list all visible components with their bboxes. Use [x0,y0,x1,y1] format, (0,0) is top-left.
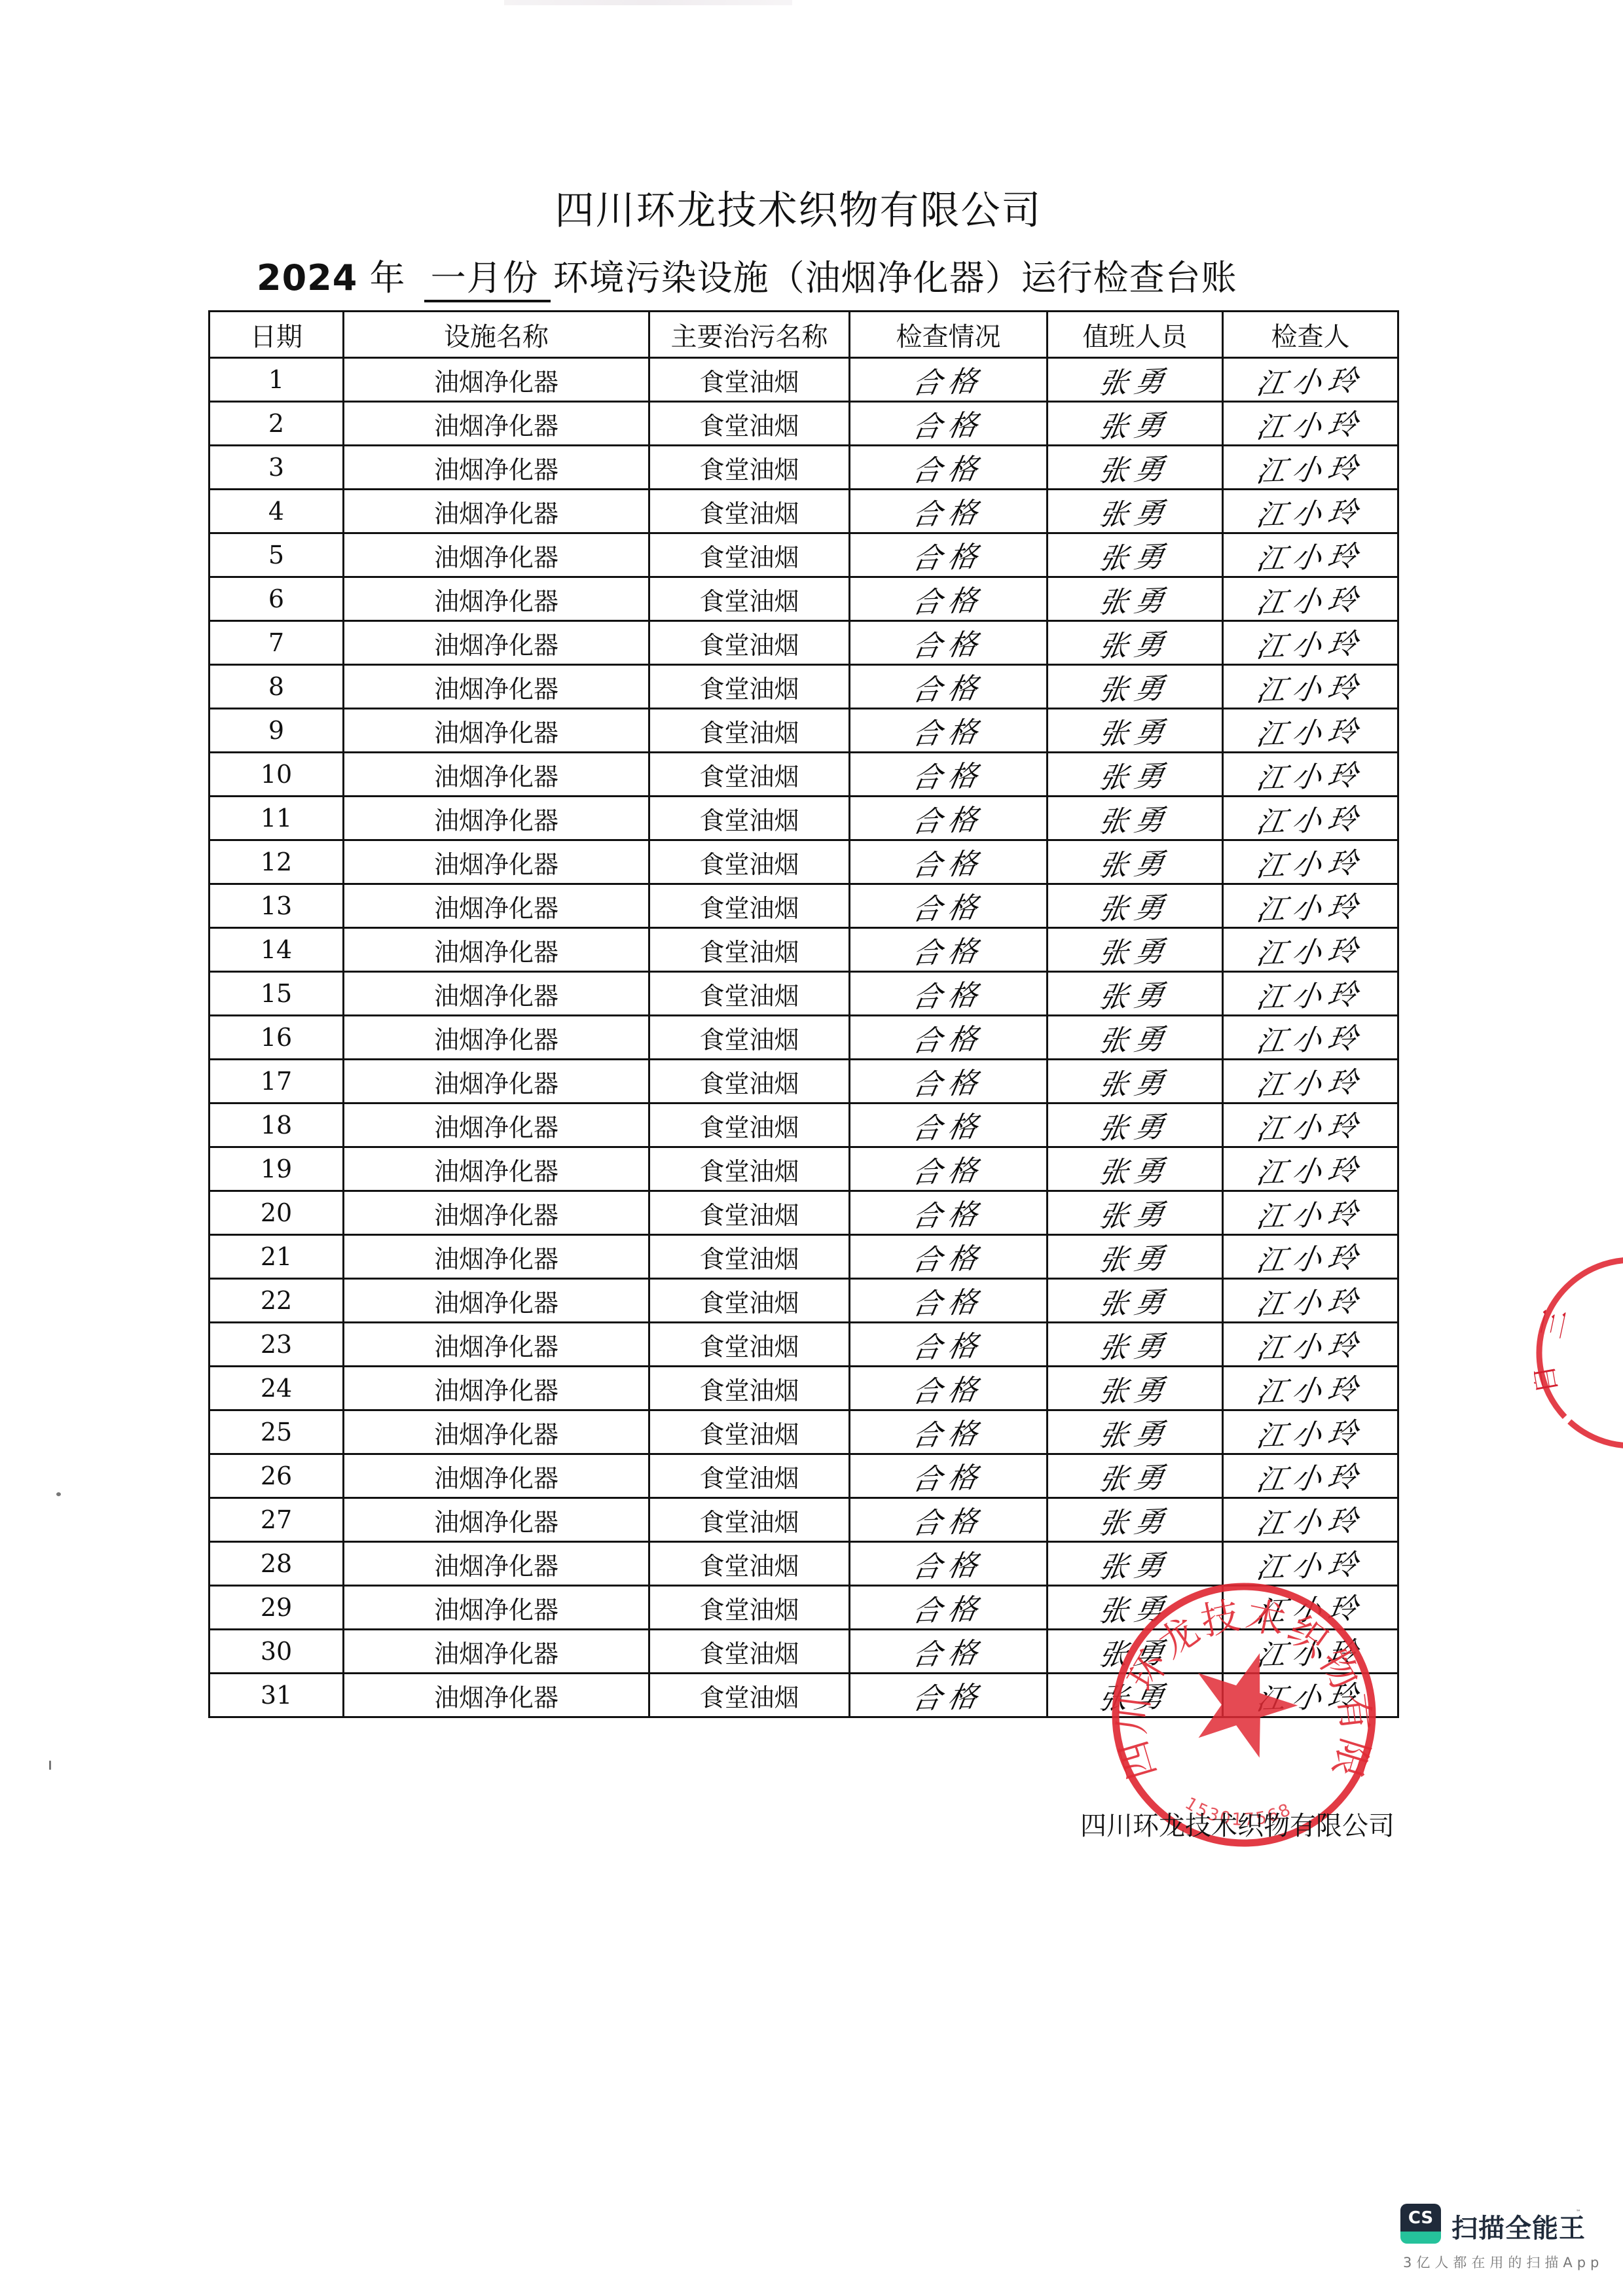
cell-status: 合格 [850,533,1048,577]
cell-facility: 油烟净化器 [344,753,649,797]
table-row: 21油烟净化器食堂油烟合格张勇江小玲 [210,1235,1398,1279]
cell-status: 合格 [850,1498,1048,1542]
cell-pollutant: 食堂油烟 [649,1147,850,1191]
cell-date: 21 [210,1235,344,1279]
ledger-title: 环境污染设施（油烟净化器）运行检查台账 [553,257,1237,298]
cell-status-handwriting: 合格 [909,621,987,665]
cell-pollutant: 食堂油烟 [649,1630,850,1674]
company-title: 四川环龙技术织物有限公司 [0,179,1623,236]
header-facility: 设施名称 [344,312,649,358]
cell-status-handwriting: 合格 [909,1323,987,1367]
cell-facility: 油烟净化器 [344,972,649,1016]
cell-date: 18 [210,1103,344,1147]
cell-inspector: 江小玲 [1223,1542,1398,1586]
cell-inspector: 江小玲 [1223,972,1398,1016]
cell-date: 6 [210,577,344,621]
cell-status: 合格 [850,1323,1048,1367]
cell-pollutant: 食堂油烟 [649,1279,850,1323]
cell-inspector: 江小玲 [1223,1191,1398,1235]
cell-inspector: 江小玲 [1223,709,1398,753]
ledger-subtitle: 2024 年 一月份环境污染设施（油烟净化器）运行检查台账 [257,250,1237,302]
cell-inspector: 江小玲 [1223,1279,1398,1323]
cell-status: 合格 [850,1147,1048,1191]
cell-on-duty: 张勇 [1048,1016,1223,1060]
cell-pollutant: 食堂油烟 [649,1586,850,1630]
cell-facility: 油烟净化器 [344,1367,649,1410]
cell-on-duty-handwriting: 张勇 [1095,1498,1174,1542]
cell-status-handwriting: 合格 [909,533,987,577]
cell-inspector: 江小玲 [1223,1410,1398,1454]
cell-date: 15 [210,972,344,1016]
cell-status: 合格 [850,1454,1048,1498]
cell-facility: 油烟净化器 [344,1191,649,1235]
cell-status: 合格 [850,1542,1048,1586]
cell-on-duty-handwriting: 张勇 [1095,1454,1174,1498]
cell-on-duty-handwriting: 张勇 [1095,1016,1174,1060]
scan-artifact [504,0,792,5]
cell-inspector-handwriting: 江小玲 [1253,446,1367,490]
cell-facility: 油烟净化器 [344,665,649,709]
cell-facility: 油烟净化器 [344,1586,649,1630]
cell-on-duty: 张勇 [1048,709,1223,753]
cell-status: 合格 [850,753,1048,797]
cell-inspector: 江小玲 [1223,577,1398,621]
table-row: 18油烟净化器食堂油烟合格张勇江小玲 [210,1103,1398,1147]
cell-pollutant: 食堂油烟 [649,533,850,577]
cell-inspector: 江小玲 [1223,358,1398,402]
cell-inspector: 江小玲 [1223,1367,1398,1410]
cell-inspector-handwriting: 江小玲 [1253,1235,1367,1279]
cell-inspector-handwriting: 江小玲 [1253,753,1367,797]
cell-pollutant: 食堂油烟 [649,1191,850,1235]
table-row: 17油烟净化器食堂油烟合格张勇江小玲 [210,1060,1398,1103]
cell-on-duty: 张勇 [1048,533,1223,577]
cell-facility: 油烟净化器 [344,1323,649,1367]
year: 2024 [257,257,357,298]
cell-facility: 油烟净化器 [344,577,649,621]
table-header-row: 日期 设施名称 主要治污名称 检查情况 值班人员 检查人 [210,312,1398,358]
cell-on-duty: 张勇 [1048,1586,1223,1630]
cell-on-duty: 张勇 [1048,1454,1223,1498]
cell-status-handwriting: 合格 [909,1147,987,1191]
cell-on-duty-handwriting: 张勇 [1095,709,1174,753]
table-row: 29油烟净化器食堂油烟合格张勇江小玲 [210,1586,1398,1630]
cell-date: 13 [210,884,344,928]
cell-inspector-handwriting: 江小玲 [1253,1630,1367,1674]
cell-status: 合格 [850,1016,1048,1060]
cell-inspector-handwriting: 江小玲 [1253,1586,1367,1630]
cell-inspector: 江小玲 [1223,753,1398,797]
cell-on-duty: 张勇 [1048,1060,1223,1103]
cell-on-duty-handwriting: 张勇 [1095,1367,1174,1410]
cell-date: 19 [210,1147,344,1191]
scan-speck [56,1492,61,1496]
cell-on-duty: 张勇 [1048,1367,1223,1410]
table-row: 3油烟净化器食堂油烟合格张勇江小玲 [210,446,1398,490]
cell-facility: 油烟净化器 [344,1279,649,1323]
watermark-tagline: 3亿人都在用的扫描App [1403,2252,1603,2272]
partial-company-seal: 三 自 [1534,1251,1623,1454]
cell-pollutant: 食堂油烟 [649,972,850,1016]
footer-company-name: 四川环龙技术织物有限公司 [1080,1805,1395,1842]
cell-on-duty: 张勇 [1048,797,1223,840]
cell-status: 合格 [850,1060,1048,1103]
cell-pollutant: 食堂油烟 [649,1410,850,1454]
cell-facility: 油烟净化器 [344,840,649,884]
cell-on-duty: 张勇 [1048,665,1223,709]
table-row: 22油烟净化器食堂油烟合格张勇江小玲 [210,1279,1398,1323]
cell-on-duty: 张勇 [1048,490,1223,533]
cell-facility: 油烟净化器 [344,1235,649,1279]
cell-date: 25 [210,1410,344,1454]
cell-pollutant: 食堂油烟 [649,753,850,797]
cell-inspector: 江小玲 [1223,402,1398,446]
cell-inspector-handwriting: 江小玲 [1253,577,1367,621]
header-status: 检查情况 [850,312,1048,358]
cell-on-duty: 张勇 [1048,1323,1223,1367]
table-row: 20油烟净化器食堂油烟合格张勇江小玲 [210,1191,1398,1235]
cell-inspector-handwriting: 江小玲 [1253,972,1367,1016]
cell-status: 合格 [850,490,1048,533]
trademark-symbol: ™ [1576,2209,1581,2215]
header-inspector: 检查人 [1223,312,1398,358]
table-row: 24油烟净化器食堂油烟合格张勇江小玲 [210,1367,1398,1410]
cell-date: 20 [210,1191,344,1235]
cell-facility: 油烟净化器 [344,1630,649,1674]
cell-inspector-handwriting: 江小玲 [1253,1454,1367,1498]
table-row: 27油烟净化器食堂油烟合格张勇江小玲 [210,1498,1398,1542]
cell-pollutant: 食堂油烟 [649,577,850,621]
cell-pollutant: 食堂油烟 [649,621,850,665]
cell-on-duty: 张勇 [1048,1674,1223,1717]
table-row: 12油烟净化器食堂油烟合格张勇江小玲 [210,840,1398,884]
cell-pollutant: 食堂油烟 [649,1016,850,1060]
cell-on-duty: 张勇 [1048,1498,1223,1542]
cell-inspector: 江小玲 [1223,621,1398,665]
cell-status-handwriting: 合格 [909,1410,987,1454]
cell-status-handwriting: 合格 [909,1674,987,1717]
cell-status: 合格 [850,665,1048,709]
cell-status: 合格 [850,1367,1048,1410]
cell-status: 合格 [850,1410,1048,1454]
cell-date: 14 [210,928,344,972]
cell-on-duty: 张勇 [1048,928,1223,972]
svg-text:三: 三 [1535,1306,1573,1342]
cell-status-handwriting: 合格 [909,797,987,840]
cell-date: 27 [210,1498,344,1542]
table-row: 10油烟净化器食堂油烟合格张勇江小玲 [210,753,1398,797]
cell-facility: 油烟净化器 [344,1542,649,1586]
cell-pollutant: 食堂油烟 [649,490,850,533]
table-row: 19油烟净化器食堂油烟合格张勇江小玲 [210,1147,1398,1191]
cell-status-handwriting: 合格 [909,1542,987,1586]
cell-on-duty-handwriting: 张勇 [1095,358,1174,402]
cell-status: 合格 [850,577,1048,621]
table-row: 11油烟净化器食堂油烟合格张勇江小玲 [210,797,1398,840]
table-row: 26油烟净化器食堂油烟合格张勇江小玲 [210,1454,1398,1498]
cell-inspector-handwriting: 江小玲 [1253,1674,1367,1717]
cell-inspector-handwriting: 江小玲 [1253,1279,1367,1323]
cell-status: 合格 [850,402,1048,446]
cell-pollutant: 食堂油烟 [649,1235,850,1279]
cell-date: 5 [210,533,344,577]
cell-on-duty-handwriting: 张勇 [1095,840,1174,884]
cell-on-duty-handwriting: 张勇 [1095,665,1174,709]
cell-status-handwriting: 合格 [909,753,987,797]
cell-on-duty: 张勇 [1048,621,1223,665]
cell-facility: 油烟净化器 [344,884,649,928]
cell-date: 7 [210,621,344,665]
cell-pollutant: 食堂油烟 [649,446,850,490]
cell-on-duty-handwriting: 张勇 [1095,1147,1174,1191]
cell-on-duty-handwriting: 张勇 [1095,1630,1174,1674]
header-on-duty: 值班人员 [1048,312,1223,358]
cell-pollutant: 食堂油烟 [649,1498,850,1542]
cell-inspector-handwriting: 江小玲 [1253,1410,1367,1454]
cell-inspector-handwriting: 江小玲 [1253,1147,1367,1191]
cell-facility: 油烟净化器 [344,490,649,533]
cell-status-handwriting: 合格 [909,577,987,621]
cell-on-duty-handwriting: 张勇 [1095,928,1174,972]
cell-date: 16 [210,1016,344,1060]
table-row: 30油烟净化器食堂油烟合格张勇江小玲 [210,1630,1398,1674]
cell-inspector-handwriting: 江小玲 [1253,358,1367,402]
cell-facility: 油烟净化器 [344,709,649,753]
cell-inspector: 江小玲 [1223,1454,1398,1498]
cell-pollutant: 食堂油烟 [649,797,850,840]
cell-status: 合格 [850,1191,1048,1235]
cell-inspector-handwriting: 江小玲 [1253,1016,1367,1060]
cell-pollutant: 食堂油烟 [649,1454,850,1498]
cell-facility: 油烟净化器 [344,533,649,577]
cell-status: 合格 [850,1630,1048,1674]
cell-on-duty-handwriting: 张勇 [1095,1586,1174,1630]
cell-on-duty: 张勇 [1048,1279,1223,1323]
cell-inspector-handwriting: 江小玲 [1253,1103,1367,1147]
cell-on-duty-handwriting: 张勇 [1095,884,1174,928]
cell-date: 9 [210,709,344,753]
cell-date: 10 [210,753,344,797]
cell-status: 合格 [850,840,1048,884]
table-row: 9油烟净化器食堂油烟合格张勇江小玲 [210,709,1398,753]
cell-inspector-handwriting: 江小玲 [1253,928,1367,972]
table-row: 7油烟净化器食堂油烟合格张勇江小玲 [210,621,1398,665]
cell-status-handwriting: 合格 [909,840,987,884]
cell-status-handwriting: 合格 [909,1586,987,1630]
cell-status-handwriting: 合格 [909,1016,987,1060]
cell-on-duty: 张勇 [1048,1235,1223,1279]
cell-status-handwriting: 合格 [909,1235,987,1279]
cell-status: 合格 [850,358,1048,402]
cell-on-duty: 张勇 [1048,1542,1223,1586]
table-row: 28油烟净化器食堂油烟合格张勇江小玲 [210,1542,1398,1586]
cell-on-duty-handwriting: 张勇 [1095,1060,1174,1103]
cell-on-duty-handwriting: 张勇 [1095,972,1174,1016]
cell-facility: 油烟净化器 [344,1016,649,1060]
cell-on-duty: 张勇 [1048,402,1223,446]
month-field: 一月份 [424,257,551,302]
cell-on-duty-handwriting: 张勇 [1095,1191,1174,1235]
cell-pollutant: 食堂油烟 [649,358,850,402]
table-row: 31油烟净化器食堂油烟合格张勇江小玲 [210,1674,1398,1717]
cell-on-duty-handwriting: 张勇 [1095,1235,1174,1279]
cell-facility: 油烟净化器 [344,1454,649,1498]
cell-date: 29 [210,1586,344,1630]
cell-inspector: 江小玲 [1223,1060,1398,1103]
cell-on-duty: 张勇 [1048,577,1223,621]
table-row: 15油烟净化器食堂油烟合格张勇江小玲 [210,972,1398,1016]
cell-date: 23 [210,1323,344,1367]
cell-status-handwriting: 合格 [909,972,987,1016]
cell-pollutant: 食堂油烟 [649,1542,850,1586]
cell-inspector: 江小玲 [1223,884,1398,928]
cell-status: 合格 [850,797,1048,840]
cell-date: 26 [210,1454,344,1498]
table-row: 16油烟净化器食堂油烟合格张勇江小玲 [210,1016,1398,1060]
cell-inspector: 江小玲 [1223,1016,1398,1060]
cell-pollutant: 食堂油烟 [649,1674,850,1717]
cell-on-duty: 张勇 [1048,358,1223,402]
cell-inspector-handwriting: 江小玲 [1253,402,1367,446]
cell-status-handwriting: 合格 [909,1191,987,1235]
cell-date: 30 [210,1630,344,1674]
cell-date: 12 [210,840,344,884]
cell-inspector-handwriting: 江小玲 [1253,1060,1367,1103]
cell-inspector-handwriting: 江小玲 [1253,709,1367,753]
cell-facility: 油烟净化器 [344,1060,649,1103]
table-body: 1油烟净化器食堂油烟合格张勇江小玲2油烟净化器食堂油烟合格张勇江小玲3油烟净化器… [210,358,1398,1717]
cell-facility: 油烟净化器 [344,1410,649,1454]
cell-facility: 油烟净化器 [344,621,649,665]
cell-inspector: 江小玲 [1223,1498,1398,1542]
svg-text:自: 自 [1534,1363,1564,1397]
cell-on-duty-handwriting: 张勇 [1095,490,1174,533]
cell-on-duty-handwriting: 张勇 [1095,753,1174,797]
cell-inspector: 江小玲 [1223,490,1398,533]
cell-on-duty-handwriting: 张勇 [1095,1674,1174,1717]
cell-on-duty-handwriting: 张勇 [1095,533,1174,577]
cell-on-duty: 张勇 [1048,753,1223,797]
cell-inspector: 江小玲 [1223,840,1398,884]
cell-inspector-handwriting: 江小玲 [1253,665,1367,709]
cell-date: 17 [210,1060,344,1103]
cell-status-handwriting: 合格 [909,1279,987,1323]
table-row: 14油烟净化器食堂油烟合格张勇江小玲 [210,928,1398,972]
cell-status-handwriting: 合格 [909,490,987,533]
cell-on-duty: 张勇 [1048,1147,1223,1191]
cell-inspector-handwriting: 江小玲 [1253,1367,1367,1410]
cell-pollutant: 食堂油烟 [649,1367,850,1410]
cell-status: 合格 [850,1586,1048,1630]
cell-inspector: 江小玲 [1223,797,1398,840]
cell-on-duty-handwriting: 张勇 [1095,1542,1174,1586]
cell-inspector: 江小玲 [1223,1103,1398,1147]
table-row: 6油烟净化器食堂油烟合格张勇江小玲 [210,577,1398,621]
cell-inspector: 江小玲 [1223,533,1398,577]
cell-pollutant: 食堂油烟 [649,709,850,753]
cell-facility: 油烟净化器 [344,797,649,840]
cell-on-duty-handwriting: 张勇 [1095,1323,1174,1367]
cell-pollutant: 食堂油烟 [649,1323,850,1367]
cell-status-handwriting: 合格 [909,884,987,928]
cell-status: 合格 [850,446,1048,490]
cell-on-duty: 张勇 [1048,972,1223,1016]
cell-on-duty: 张勇 [1048,1410,1223,1454]
cell-date: 22 [210,1279,344,1323]
cell-pollutant: 食堂油烟 [649,1060,850,1103]
cell-date: 2 [210,402,344,446]
cell-on-duty-handwriting: 张勇 [1095,402,1174,446]
cell-pollutant: 食堂油烟 [649,665,850,709]
cell-inspector-handwriting: 江小玲 [1253,1498,1367,1542]
cell-pollutant: 食堂油烟 [649,1103,850,1147]
cell-inspector: 江小玲 [1223,1630,1398,1674]
watermark-app-name: 扫描全能王 [1451,2208,1586,2245]
cell-on-duty-handwriting: 张勇 [1095,1410,1174,1454]
cell-inspector-handwriting: 江小玲 [1253,533,1367,577]
cell-inspector: 江小玲 [1223,1147,1398,1191]
cell-status-handwriting: 合格 [909,1367,987,1410]
camscanner-logo-icon: CS [1400,2204,1441,2244]
inspection-ledger-table: 日期 设施名称 主要治污名称 检查情况 值班人员 检查人 1油烟净化器食堂油烟合… [208,310,1399,1718]
cell-status: 合格 [850,884,1048,928]
cell-inspector: 江小玲 [1223,446,1398,490]
table-row: 4油烟净化器食堂油烟合格张勇江小玲 [210,490,1398,533]
header-pollutant: 主要治污名称 [649,312,850,358]
cell-inspector-handwriting: 江小玲 [1253,621,1367,665]
cell-status-handwriting: 合格 [909,1103,987,1147]
cell-pollutant: 食堂油烟 [649,402,850,446]
cell-status: 合格 [850,928,1048,972]
cell-date: 1 [210,358,344,402]
year-suffix: 年 [369,257,405,298]
cell-inspector-handwriting: 江小玲 [1253,1323,1367,1367]
cell-on-duty: 张勇 [1048,840,1223,884]
cell-status-handwriting: 合格 [909,1630,987,1674]
cell-inspector: 江小玲 [1223,1586,1398,1630]
cell-status: 合格 [850,1279,1048,1323]
camscanner-watermark: CS 扫描全能王 ™ 3亿人都在用的扫描App [1400,2204,1597,2276]
cell-on-duty: 张勇 [1048,1103,1223,1147]
cell-inspector-handwriting: 江小玲 [1253,840,1367,884]
cell-status: 合格 [850,621,1048,665]
cell-status-handwriting: 合格 [909,358,987,402]
cell-facility: 油烟净化器 [344,358,649,402]
scan-speck [49,1761,51,1770]
cell-date: 31 [210,1674,344,1717]
cell-inspector-handwriting: 江小玲 [1253,884,1367,928]
table-row: 23油烟净化器食堂油烟合格张勇江小玲 [210,1323,1398,1367]
cell-inspector-handwriting: 江小玲 [1253,1542,1367,1586]
cell-date: 28 [210,1542,344,1586]
cell-inspector-handwriting: 江小玲 [1253,797,1367,840]
cell-on-duty: 张勇 [1048,1191,1223,1235]
cell-status-handwriting: 合格 [909,1498,987,1542]
cell-on-duty: 张勇 [1048,446,1223,490]
cell-pollutant: 食堂油烟 [649,840,850,884]
cell-status-handwriting: 合格 [909,1060,987,1103]
cell-status-handwriting: 合格 [909,709,987,753]
cell-pollutant: 食堂油烟 [649,884,850,928]
cell-inspector: 江小玲 [1223,1323,1398,1367]
cell-pollutant: 食堂油烟 [649,928,850,972]
cell-facility: 油烟净化器 [344,402,649,446]
cell-date: 8 [210,665,344,709]
table-row: 1油烟净化器食堂油烟合格张勇江小玲 [210,358,1398,402]
cell-inspector: 江小玲 [1223,1674,1398,1717]
cell-facility: 油烟净化器 [344,1103,649,1147]
cell-facility: 油烟净化器 [344,1674,649,1717]
